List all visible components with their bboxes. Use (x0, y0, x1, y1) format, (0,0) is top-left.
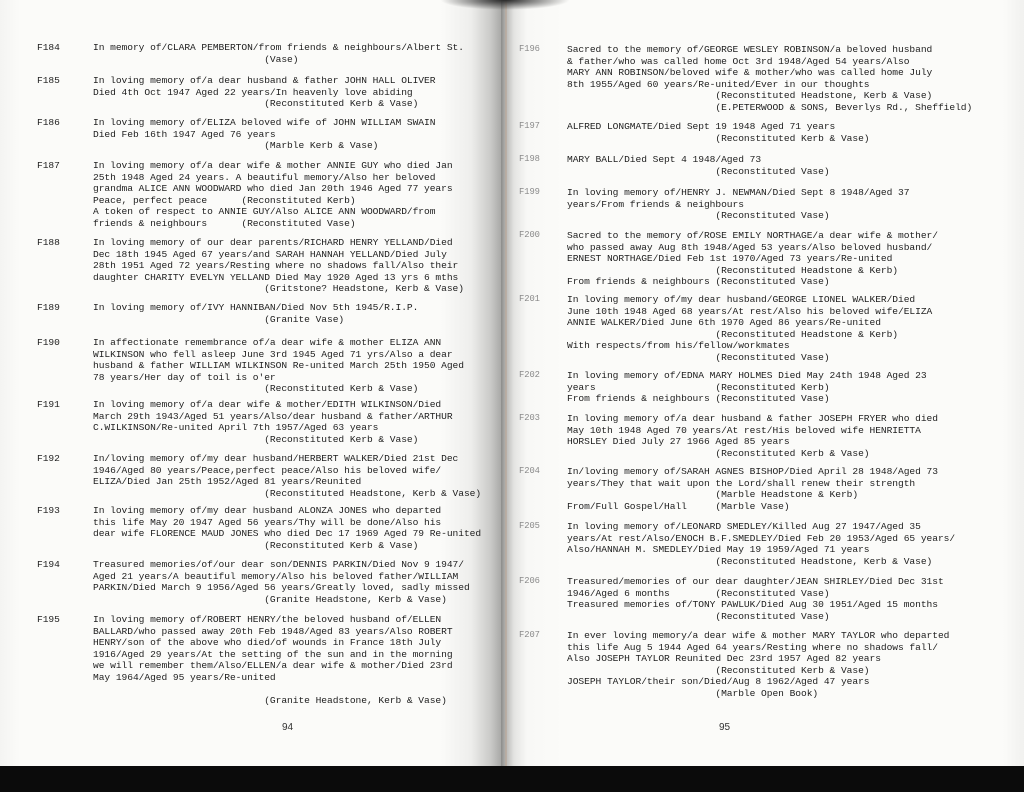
inscription-line: WILKINSON who fell asleep June 3rd 1945 … (93, 349, 464, 361)
inscription-text: In loving memory of our dear parents/RIC… (93, 237, 464, 295)
inscription-text: In loving memory of/a dear husband & fat… (93, 75, 435, 110)
inscription-line: In/loving memory of/my dear husband/HERB… (93, 453, 481, 465)
inscription-text: Treasured/memories of our dear daughter/… (567, 576, 944, 622)
inscription-text: Treasured memories/of/our dear son/DENNI… (93, 559, 470, 605)
entry-id: F197 (519, 121, 540, 133)
inscription-line: In ever loving memory/a dear wife & moth… (567, 630, 949, 642)
inscription-line: (Reconstituted Kerb & Vase) (93, 540, 481, 552)
inscription-line: who passed away Aug 8th 1948/Aged 53 yea… (567, 242, 938, 254)
entry-id: F199 (519, 187, 540, 199)
inscription-line: (Reconstituted Headstone, Kerb & Vase) (567, 556, 955, 568)
inscription-line: June 10th 1948 Aged 68 years/At rest/Als… (567, 306, 932, 318)
inscription-line: In memory of/CLARA PEMBERTON/from friend… (93, 42, 464, 54)
inscription-text: In loving memory of/my dear husband ALON… (93, 505, 481, 551)
inscription-line: Died 4th Oct 1947 Aged 22 years/In heave… (93, 87, 435, 99)
inscription-line: MARY ANN ROBINSON/beloved wife & mother/… (567, 67, 972, 79)
inscription-line: BALLARD/who passed away 20th Feb 1948/Ag… (93, 626, 453, 638)
inscription-line: years/They that wait upon the Lord/shall… (567, 478, 938, 490)
inscription-line: In loving memory of/IVY HANNIBAN/Died No… (93, 302, 418, 314)
entry-id: F194 (37, 559, 60, 571)
inscription-line: we will remember them/Also/ELLEN/a dear … (93, 660, 453, 672)
inscription-line: March 29th 1943/Aged 51 years/Also/dear … (93, 411, 453, 423)
entry-id: F207 (519, 630, 540, 642)
inscription-line: ELIZA/Died Jan 25th 1952/Aged 81 years/R… (93, 476, 481, 488)
inscription-line: Also JOSEPH TAYLOR Reunited Dec 23rd 195… (567, 653, 949, 665)
inscription-line: 28th 1951 Aged 72 years/Resting where no… (93, 260, 464, 272)
inscription-text: Sacred to the memory of/ROSE EMILY NORTH… (567, 230, 938, 288)
entry-id: F206 (519, 576, 540, 588)
inscription-line: PARKIN/Died March 9 1956/Aged 56 years/G… (93, 582, 470, 594)
inscription-line: ERNEST NORTHAGE/Died Feb 1st 1970/Aged 7… (567, 253, 938, 265)
entry-id: F189 (37, 302, 60, 314)
entry-id: F191 (37, 399, 60, 411)
inscription-line: Also/HANNAH M. SMEDLEY/Died May 19 1959/… (567, 544, 955, 556)
inscription-text: In loving memory of/ELIZA beloved wife o… (93, 117, 435, 152)
inscription-line: (Reconstituted Headstone, Kerb & Vase) (93, 488, 481, 500)
inscription-line: (Reconstituted Headstone & Kerb) (567, 265, 938, 277)
inscription-line: 78 years/Her day of toil is o'er (93, 372, 464, 384)
entry-id: F195 (37, 614, 60, 626)
inscription-line: In loving memory of/a dear husband & fat… (93, 75, 435, 87)
inscription-line: HENRY/son of the above who died/of wound… (93, 637, 453, 649)
entry-id: F193 (37, 505, 60, 517)
inscription-text: Sacred to the memory of/GEORGE WESLEY RO… (567, 44, 972, 114)
page-number-right: 95 (719, 722, 730, 733)
inscription-line: (Reconstituted Kerb & Vase) (567, 133, 869, 145)
left-page: F184In memory of/CLARA PEMBERTON/from fr… (0, 0, 501, 766)
inscription-line: (Reconstituted Vase) (567, 352, 932, 364)
inscription-line: In loving memory of/my dear husband/GEOR… (567, 294, 932, 306)
inscription-line: From friends & neighbours (Reconstituted… (567, 393, 927, 405)
inscription-text: In loving memory of/ROBERT HENRY/the bel… (93, 614, 453, 707)
inscription-line: ANNIE WALKER/Died June 6th 1970 Aged 86 … (567, 317, 932, 329)
inscription-line: In loving memory of/ROBERT HENRY/the bel… (93, 614, 453, 626)
inscription-line: In affectionate remembrance of/a dear wi… (93, 337, 464, 349)
spine-shadow (440, 0, 570, 10)
inscription-line: (Reconstituted Vase) (567, 210, 909, 222)
inscription-text: In loving memory of/a dear wife & mother… (93, 160, 453, 230)
inscription-line: (Vase) (93, 54, 464, 66)
entry-id: F202 (519, 370, 540, 382)
entry-id: F196 (519, 44, 540, 56)
inscription-line: From friends & neighbours (Reconstituted… (567, 276, 938, 288)
inscription-line: friends & neighbours (Reconstituted Vase… (93, 218, 453, 230)
inscription-text: In loving memory of/a dear wife & mother… (93, 399, 453, 445)
entry-id: F201 (519, 294, 540, 306)
entry-id: F188 (37, 237, 60, 249)
inscription-line: years (Reconstituted Kerb) (567, 382, 927, 394)
inscription-line: (Reconstituted Kerb & Vase) (93, 383, 464, 395)
inscription-line: (E.PETERWOOD & SONS, Beverlys Rd., Sheff… (567, 102, 972, 114)
inscription-line: May 1964/Aged 95 years/Re-united (93, 672, 453, 684)
inscription-line: May 10th 1948 Aged 70 years/At rest/His … (567, 425, 938, 437)
inscription-line: (Reconstituted Headstone & Kerb) (567, 329, 932, 341)
inscription-line: 1946/Aged 6 months (Reconstituted Vase) (567, 588, 944, 600)
right-page: F196Sacred to the memory of/GEORGE WESLE… (501, 0, 1024, 766)
inscription-line: C.WILKINSON/Re-united April 7th 1957/Age… (93, 422, 453, 434)
inscription-line: (Reconstituted Kerb & Vase) (567, 448, 938, 460)
inscription-line: In loving memory of/LEONARD SMEDLEY/Kill… (567, 521, 955, 533)
inscription-line: In loving memory of/a dear wife & mother… (93, 399, 453, 411)
inscription-line: (Reconstituted Kerb & Vase) (93, 98, 435, 110)
inscription-text: MARY BALL/Died Sept 4 1948/Aged 73 (Reco… (567, 154, 830, 177)
inscription-text: In loving memory of/my dear husband/GEOR… (567, 294, 932, 364)
inscription-line: Peace, perfect peace (Reconstituted Kerb… (93, 195, 453, 207)
inscription-text: In loving memory of/HENRY J. NEWMAN/Died… (567, 187, 909, 222)
inscription-line: (Granite Vase) (93, 314, 418, 326)
inscription-line: (Reconstituted Vase) (567, 611, 944, 623)
inscription-line: (Marble Kerb & Vase) (93, 140, 435, 152)
inscription-line: 25th 1948 Aged 24 years. A beautiful mem… (93, 172, 453, 184)
inscription-line: Dec 18th 1945 Aged 67 years/and SARAH HA… (93, 249, 464, 261)
inscription-line: years/From friends & neighbours (567, 199, 909, 211)
inscription-line: this life May 20 1947 Aged 56 years/Thy … (93, 517, 481, 529)
inscription-text: In loving memory of/LEONARD SMEDLEY/Kill… (567, 521, 955, 567)
inscription-text: In/loving memory of/SARAH AGNES BISHOP/D… (567, 466, 938, 512)
inscription-line: In loving memory of/EDNA MARY HOLMES Die… (567, 370, 927, 382)
entry-id: F186 (37, 117, 60, 129)
inscription-line: Aged 21 years/A beautiful memory/Also hi… (93, 571, 470, 583)
inscription-line: 8th 1955/Aged 60 years/Re-united/Ever in… (567, 79, 972, 91)
inscription-line: Treasured memories/of/our dear son/DENNI… (93, 559, 470, 571)
inscription-line: Treasured memories of/TONY PAWLUK/Died A… (567, 599, 944, 611)
inscription-text: In memory of/CLARA PEMBERTON/from friend… (93, 42, 464, 65)
inscription-line: (Marble Open Book) (567, 688, 949, 700)
page-number-left: 94 (282, 722, 293, 733)
entry-id: F198 (519, 154, 540, 166)
inscription-text: In affectionate remembrance of/a dear wi… (93, 337, 464, 395)
inscription-text: In loving memory of/EDNA MARY HOLMES Die… (567, 370, 927, 405)
inscription-line: In loving memory of/ELIZA beloved wife o… (93, 117, 435, 129)
inscription-line (93, 684, 453, 696)
inscription-text: In loving memory of/a dear husband & fat… (567, 413, 938, 459)
entry-id: F203 (519, 413, 540, 425)
inscription-text: In ever loving memory/a dear wife & moth… (567, 630, 949, 700)
inscription-line: 1916/Aged 29 years/At the setting of the… (93, 649, 453, 661)
inscription-line: (Reconstituted Vase) (567, 166, 830, 178)
inscription-line: Sacred to the memory of/GEORGE WESLEY RO… (567, 44, 972, 56)
inscription-line: In loving memory of our dear parents/RIC… (93, 237, 464, 249)
inscription-line: JOSEPH TAYLOR/their son/Died/Aug 8 1962/… (567, 676, 949, 688)
inscription-text: In loving memory of/IVY HANNIBAN/Died No… (93, 302, 418, 325)
entry-id: F187 (37, 160, 60, 172)
inscription-line: In loving memory of/my dear husband ALON… (93, 505, 481, 517)
entry-id: F190 (37, 337, 60, 349)
inscription-line: Sacred to the memory of/ROSE EMILY NORTH… (567, 230, 938, 242)
entry-id: F184 (37, 42, 60, 54)
entry-id: F204 (519, 466, 540, 478)
inscription-line: ALFRED LONGMATE/Died Sept 19 1948 Aged 7… (567, 121, 869, 133)
inscription-line: Treasured/memories of our dear daughter/… (567, 576, 944, 588)
inscription-text: ALFRED LONGMATE/Died Sept 19 1948 Aged 7… (567, 121, 869, 144)
inscription-line: (Gritstone? Headstone, Kerb & Vase) (93, 283, 464, 295)
entry-id: F185 (37, 75, 60, 87)
inscription-line: (Reconstituted Kerb & Vase) (567, 665, 949, 677)
inscription-line: grandma ALICE ANN WOODWARD who died Jan … (93, 183, 453, 195)
inscription-line: 1946/Aged 80 years/Peace,perfect peace/A… (93, 465, 481, 477)
inscription-line: (Granite Headstone, Kerb & Vase) (93, 695, 453, 707)
inscription-line: MARY BALL/Died Sept 4 1948/Aged 73 (567, 154, 830, 166)
inscription-line: daughter CHARITY EVELYN YELLAND Died May… (93, 272, 464, 284)
entry-id: F205 (519, 521, 540, 533)
inscription-text: In/loving memory of/my dear husband/HERB… (93, 453, 481, 499)
entry-id: F192 (37, 453, 60, 465)
book-spine (505, 0, 507, 766)
inscription-line: In loving memory of/a dear husband & fat… (567, 413, 938, 425)
inscription-line: Died Feb 16th 1947 Aged 76 years (93, 129, 435, 141)
inscription-line: (Reconstituted Headstone, Kerb & Vase) (567, 90, 972, 102)
inscription-line: In/loving memory of/SARAH AGNES BISHOP/D… (567, 466, 938, 478)
inscription-line: dear wife FLORENCE MAUD JONES who died D… (93, 528, 481, 540)
inscription-line: this life Aug 5 1944 Aged 64 years/Resti… (567, 642, 949, 654)
inscription-line: From/Full Gospel/Hall (Marble Vase) (567, 501, 938, 513)
inscription-line: husband & father WILLIAM WILKINSON Re-un… (93, 360, 464, 372)
entry-id: F200 (519, 230, 540, 242)
inscription-line: In loving memory of/a dear wife & mother… (93, 160, 453, 172)
inscription-line: In loving memory of/HENRY J. NEWMAN/Died… (567, 187, 909, 199)
inscription-line: (Reconstituted Kerb & Vase) (93, 434, 453, 446)
inscription-line: HORSLEY Died July 27 1966 Aged 85 years (567, 436, 938, 448)
inscription-line: & father/who was called home Oct 3rd 194… (567, 56, 972, 68)
inscription-line: A token of respect to ANNIE GUY/Also ALI… (93, 206, 453, 218)
inscription-line: (Marble Headstone & Kerb) (567, 489, 938, 501)
inscription-line: (Granite Headstone, Kerb & Vase) (93, 594, 470, 606)
inscription-line: years/At rest/Also/ENOCH B.F.SMEDLEY/Die… (567, 533, 955, 545)
inscription-line: With respects/from his/fellow/workmates (567, 340, 932, 352)
